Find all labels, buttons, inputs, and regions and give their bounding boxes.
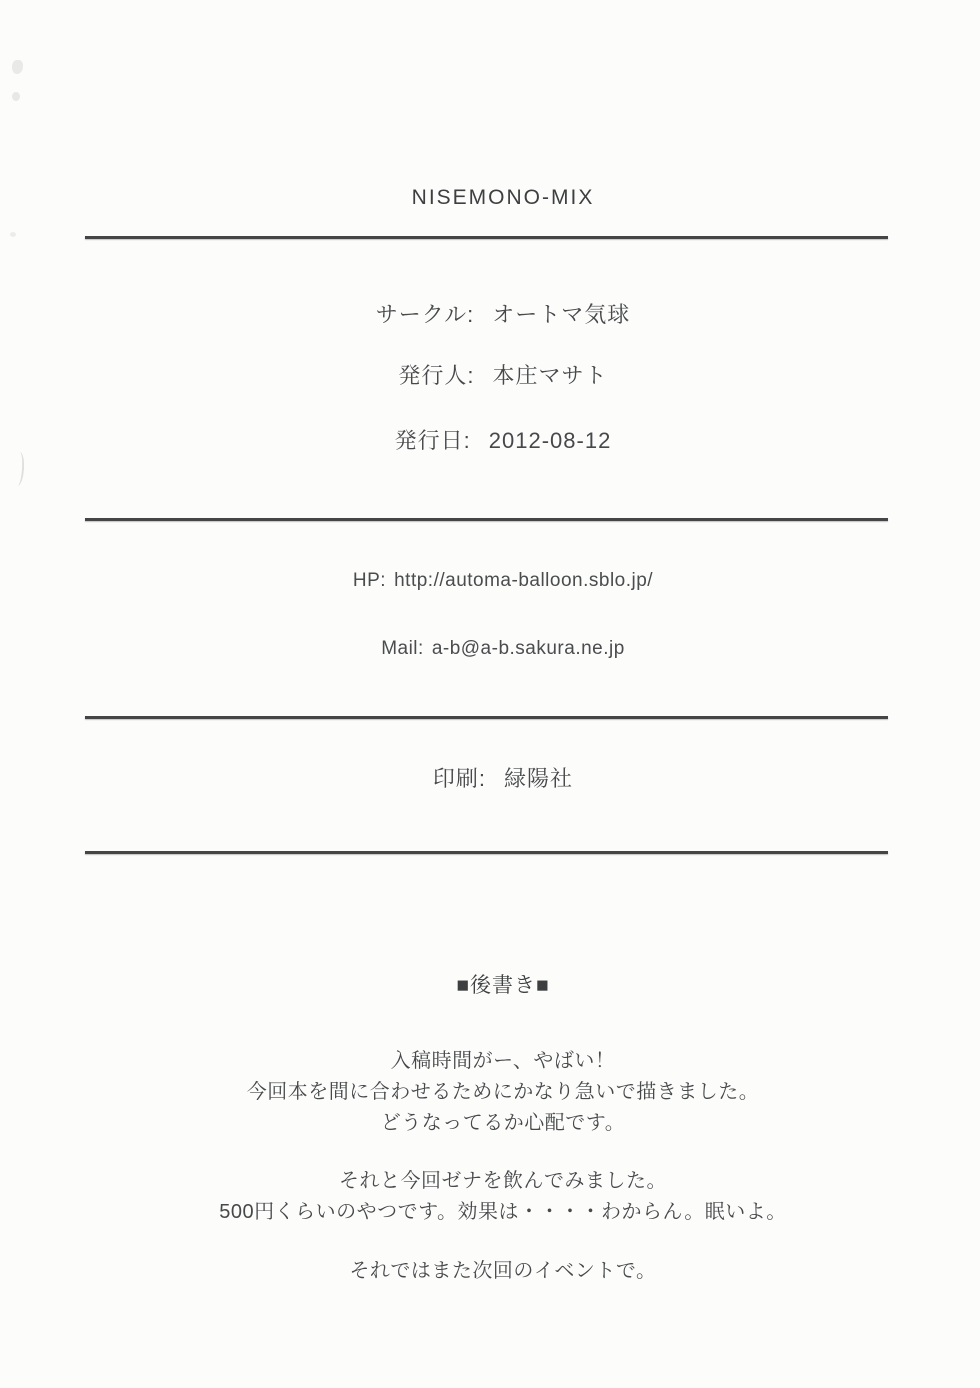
scan-artifact	[10, 232, 16, 237]
divider-print-top	[85, 716, 888, 719]
colophon-row-publisher: 発行人:本庄マサト	[0, 359, 980, 390]
hp-url: http://automa-balloon.sblo.jp/	[394, 570, 653, 591]
publisher-value: 本庄マサト	[493, 363, 608, 388]
circle-label: サークル:	[376, 302, 474, 327]
printing-row: 印刷:緑陽社	[0, 762, 980, 793]
afterword-line: 500円くらいのやつです。効果は・・・・わからん。眠いよ。	[26, 1197, 980, 1228]
publisher-label: 発行人:	[398, 363, 474, 388]
afterword-line: それではまた次回のイベントで。	[26, 1256, 980, 1287]
page-title: NISEMONO-MIX	[0, 186, 980, 210]
afterword-line: それと今回ゼナを飲んでみました。	[26, 1166, 980, 1197]
printing-value: 緑陽社	[504, 766, 573, 791]
divider-print-bottom	[85, 851, 888, 854]
colophon-row-date: 発行日:2012-08-12	[0, 424, 980, 455]
scan-artifact	[12, 60, 23, 74]
colophon-row-circle: サークル:オートマ気球	[0, 298, 980, 329]
afterword-paragraph-1: 入稿時間がー、やばい！ 今回本を間に合わせるためにかなり急いで描きました。 どう…	[0, 1046, 980, 1139]
afterword-line: 今回本を間に合わせるためにかなり急いで描きました。	[26, 1077, 980, 1108]
divider-contact-top	[85, 518, 888, 521]
date-value: 2012-08-12	[489, 428, 612, 453]
afterword-paragraph-2: それと今回ゼナを飲んでみました。 500円くらいのやつです。効果は・・・・わから…	[0, 1166, 980, 1228]
date-label: 発行日:	[395, 428, 471, 453]
afterword-paragraph-3: それではまた次回のイベントで。	[0, 1256, 980, 1287]
scan-artifact	[12, 92, 20, 101]
divider-top	[85, 236, 888, 239]
afterword-line: どうなってるか心配です。	[26, 1108, 980, 1139]
contact-row-hp: HP:http://automa-balloon.sblo.jp/	[0, 570, 980, 592]
contact-row-mail: Mail:a-b@a-b.sakura.ne.jp	[0, 638, 980, 660]
afterword-heading: ■後書き■	[0, 969, 980, 999]
circle-value: オートマ気球	[492, 302, 630, 327]
scan-artifact	[14, 452, 25, 487]
hp-label: HP:	[353, 570, 386, 591]
mail-address: a-b@a-b.sakura.ne.jp	[432, 638, 625, 659]
mail-label: Mail:	[381, 638, 424, 659]
afterword-line: 入稿時間がー、やばい！	[26, 1046, 980, 1077]
printing-label: 印刷:	[433, 766, 486, 791]
